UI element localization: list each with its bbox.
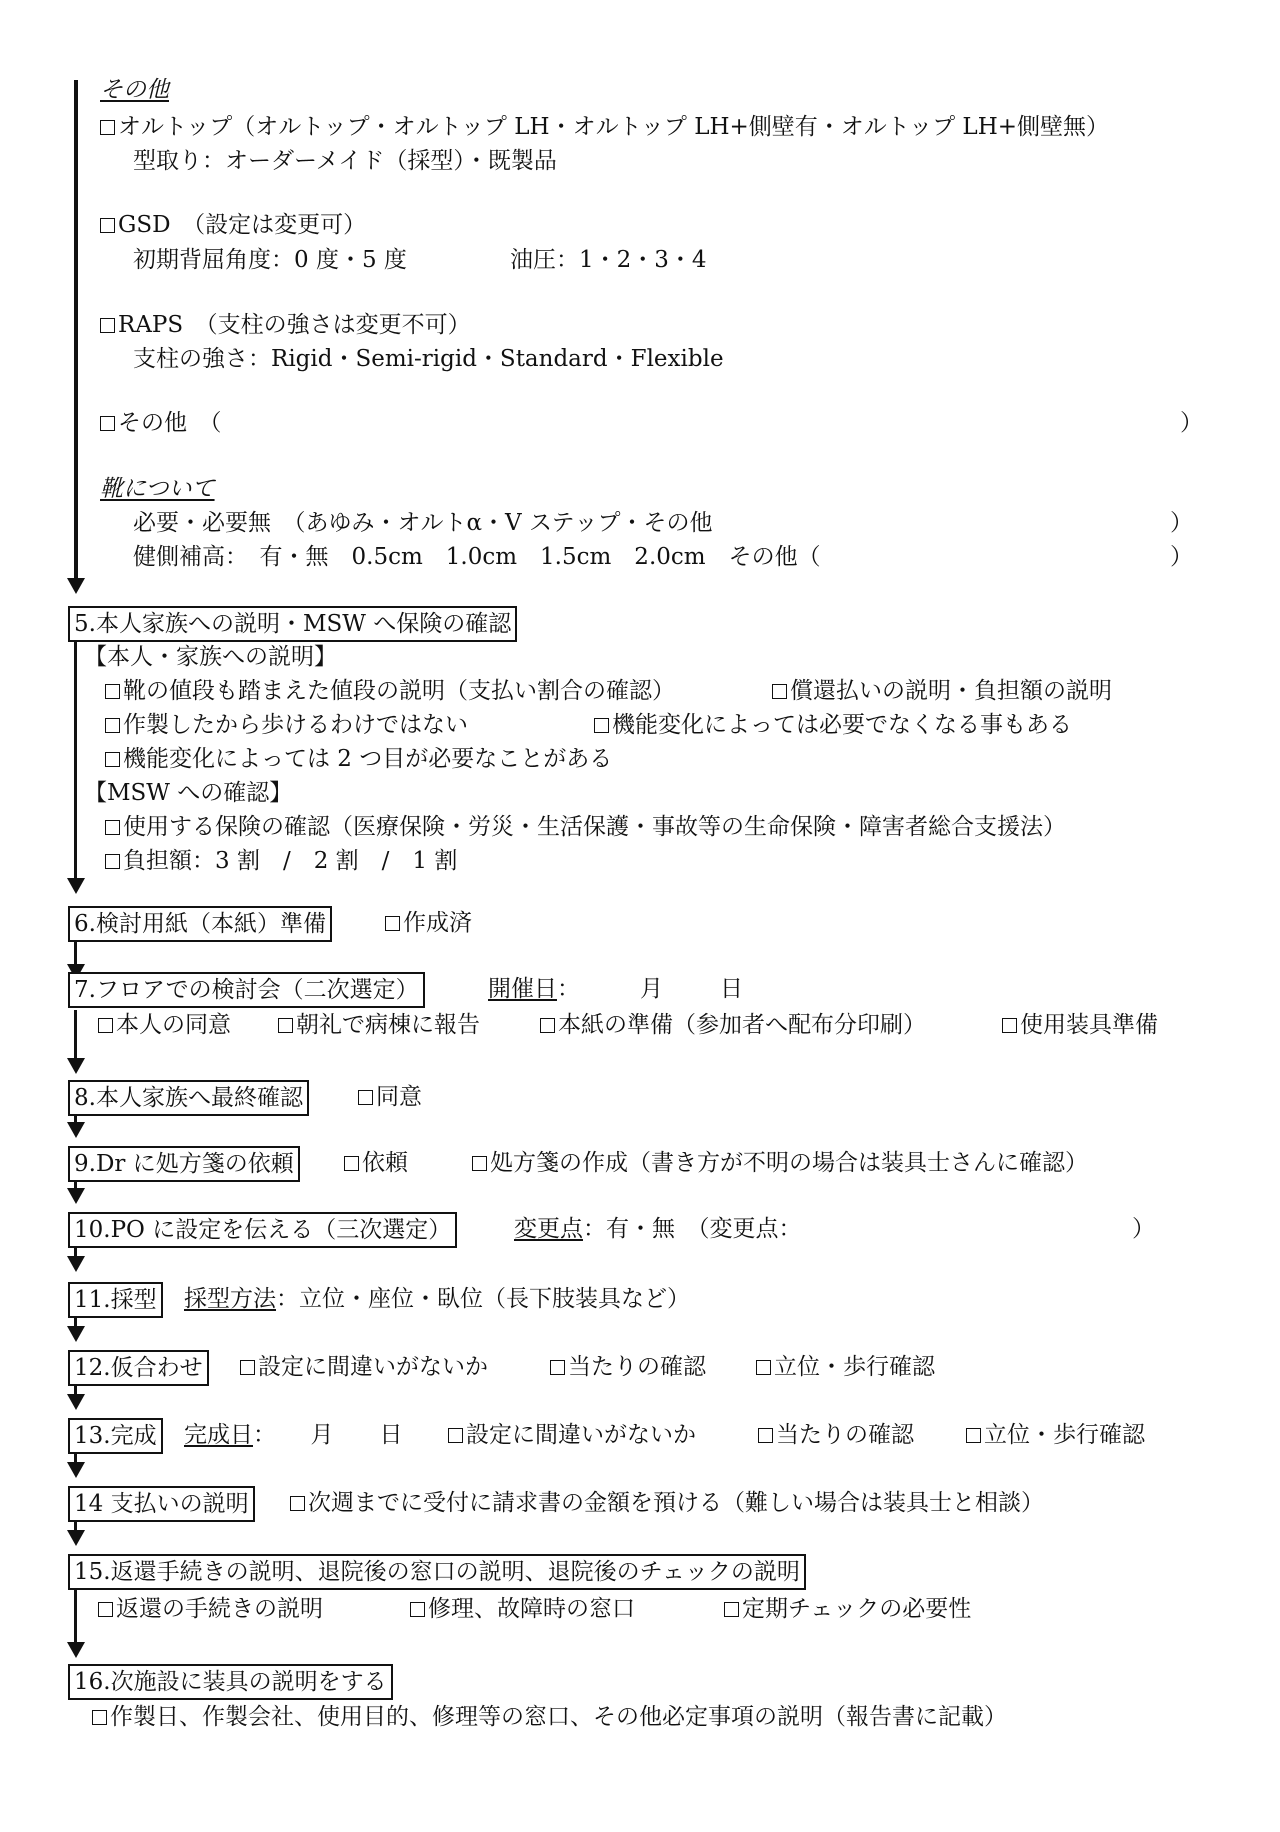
section-heading-shoes: 靴について: [100, 474, 215, 504]
checkbox[interactable]: [758, 1428, 773, 1443]
checkbox[interactable]: [98, 1602, 113, 1617]
date-label: 開催日: [488, 976, 557, 1002]
checkbox[interactable]: [105, 718, 120, 733]
step-11-method: 採型方法：立位・座位・臥位（長下肢装具など）: [184, 1284, 690, 1314]
checkbox[interactable]: [92, 1710, 107, 1725]
flow-arrow-down-icon: [67, 1188, 85, 1204]
checkbox[interactable]: [105, 752, 120, 767]
method-label: 採型方法: [184, 1286, 276, 1312]
change-label: 変更点: [514, 1216, 583, 1242]
flow-arrow-down-icon: [67, 578, 85, 594]
step-7-date: 開催日：: [488, 974, 580, 1004]
step-10-change: 変更点：有・無 （変更点：: [514, 1214, 802, 1244]
family-item[interactable]: 償還払いの説明・負担額の説明: [772, 676, 1112, 706]
raps-option[interactable]: RAPS （支柱の強さは変更不可）: [100, 310, 471, 340]
checkbox[interactable]: [98, 1018, 113, 1033]
checkbox[interactable]: [100, 120, 115, 135]
checkbox[interactable]: [966, 1428, 981, 1443]
step-13-title: 13.完成: [68, 1418, 163, 1454]
step-6-title: 6.検討用紙（本紙）準備: [68, 906, 332, 942]
shoes-need: 必要・必要無 （あゆみ・オルトα・V ステップ・その他: [133, 508, 713, 538]
flow-arrow-down-icon: [67, 878, 85, 894]
checkbox[interactable]: [100, 318, 115, 333]
checkbox[interactable]: [472, 1156, 487, 1171]
family-heading: 【本人・家族への説明】: [84, 642, 337, 672]
raps-label: RAPS （支柱の強さは変更不可）: [118, 312, 471, 338]
family-item[interactable]: 機能変化によっては必要でなくなる事もある: [594, 710, 1072, 740]
flow-line-step15: [74, 1582, 77, 1644]
flow-line-top: [74, 80, 78, 580]
step-6-item[interactable]: 作成済: [385, 908, 472, 938]
flow-arrow-down-icon: [67, 1462, 85, 1478]
step-10-title: 10.PO に設定を伝える（三次選定）: [68, 1212, 457, 1248]
checkbox[interactable]: [290, 1496, 305, 1511]
checkbox[interactable]: [100, 416, 115, 431]
step-7-item[interactable]: 使用装具準備: [1002, 1010, 1158, 1040]
gsd-angle: 初期背屈角度：0 度・5 度: [133, 245, 407, 275]
step-12-title: 12.仮合わせ: [68, 1350, 209, 1386]
step-11-title: 11.採型: [68, 1282, 163, 1318]
msw-item[interactable]: 使用する保険の確認（医療保険・労災・生活保護・事故等の生命保険・障害者総合支援法…: [105, 812, 1066, 842]
step-14-title: 14 支払いの説明: [68, 1486, 255, 1522]
checkbox[interactable]: [100, 218, 115, 233]
checkbox[interactable]: [105, 684, 120, 699]
checkbox[interactable]: [344, 1156, 359, 1171]
checkbox[interactable]: [448, 1428, 463, 1443]
step-13-item[interactable]: 設定に間違いがないか: [448, 1420, 696, 1450]
checkbox[interactable]: [1002, 1018, 1017, 1033]
other-option[interactable]: その他 （: [100, 408, 222, 438]
step-14-item[interactable]: 次週までに受付に請求書の金額を預ける（難しい場合は装具士と相談）: [290, 1488, 1044, 1518]
flow-arrow-down-icon: [67, 1394, 85, 1410]
checkbox[interactable]: [385, 916, 400, 931]
date-month: 月: [640, 974, 663, 1004]
family-item[interactable]: 機能変化によっては 2 つ目が必要なことがある: [105, 744, 612, 774]
step-7-item[interactable]: 本紙の準備（参加者へ配布分印刷）: [540, 1010, 926, 1040]
checkbox[interactable]: [410, 1602, 425, 1617]
flow-arrow-down-icon: [67, 1642, 85, 1658]
checkbox[interactable]: [594, 718, 609, 733]
step-15-item[interactable]: 修理、故障時の窓口: [410, 1594, 635, 1624]
shoes-lift: 健側補高： 有・無 0.5cm 1.0cm 1.5cm 2.0cm その他（: [133, 542, 821, 572]
checkbox[interactable]: [772, 684, 787, 699]
section-heading-other: その他: [100, 75, 169, 105]
step-7-title: 7.フロアでの検討会（二次選定）: [68, 972, 425, 1008]
step-12-item[interactable]: 設定に間違いがないか: [240, 1352, 488, 1382]
flow-arrow-down-icon: [67, 1326, 85, 1342]
orthotop-label: オルトップ（オルトップ・オルトップ LH・オルトップ LH+側壁有・オルトップ …: [118, 114, 1109, 140]
step-9-title: 9.Dr に処方箋の依頼: [68, 1146, 300, 1182]
family-item[interactable]: 作製したから歩けるわけではない: [105, 710, 468, 740]
checkbox[interactable]: [358, 1090, 373, 1105]
gsd-option[interactable]: GSD （設定は変更可）: [100, 210, 366, 240]
raps-sub: 支柱の強さ：Rigid・Semi-rigid・Standard・Flexible: [133, 344, 724, 374]
shoes-lift-close: ）: [1170, 542, 1193, 572]
checkbox[interactable]: [540, 1018, 555, 1033]
orthotop-option[interactable]: オルトップ（オルトップ・オルトップ LH・オルトップ LH+側壁有・オルトップ …: [100, 112, 1109, 142]
step-13-date: 完成日： 月 日: [184, 1420, 403, 1450]
flow-arrow-down-icon: [67, 1256, 85, 1272]
gsd-label: GSD （設定は変更可）: [118, 212, 366, 238]
step-16-item[interactable]: 作製日、作製会社、使用目的、修理等の窓口、その他必定事項の説明（報告書に記載）: [92, 1702, 1007, 1732]
checkbox[interactable]: [550, 1360, 565, 1375]
checkbox[interactable]: [724, 1602, 739, 1617]
step-12-item[interactable]: 当たりの確認: [550, 1352, 706, 1382]
other-label: その他 （: [118, 410, 222, 436]
flow-arrow-down-icon: [67, 1530, 85, 1546]
step-15-title: 15.返還手続きの説明、退院後の窓口の説明、退院後のチェックの説明: [68, 1554, 806, 1590]
date-label: 完成日: [184, 1422, 253, 1448]
msw-heading: 【MSW への確認】: [84, 778, 292, 808]
orthotop-sub: 型取り：オーダーメイド（採型）・既製品: [133, 146, 557, 176]
checkbox[interactable]: [105, 854, 120, 869]
shoes-need-close: ）: [1170, 508, 1193, 538]
step-12-item[interactable]: 立位・歩行確認: [756, 1352, 935, 1382]
checkbox[interactable]: [756, 1360, 771, 1375]
checkbox[interactable]: [278, 1018, 293, 1033]
step-15-item[interactable]: 返還の手続きの説明: [98, 1594, 323, 1624]
step-13-item[interactable]: 当たりの確認: [758, 1420, 914, 1450]
flow-arrow-down-icon: [67, 1058, 85, 1074]
step-5-title: 5.本人家族への説明・MSW へ保険の確認: [68, 606, 517, 642]
step-9-item[interactable]: 処方箋の作成（書き方が不明の場合は装具士さんに確認）: [472, 1148, 1088, 1178]
step-8-title: 8.本人家族へ最終確認: [68, 1080, 309, 1116]
family-item[interactable]: 靴の値段も踏まえた値段の説明（支払い割合の確認）: [105, 676, 675, 706]
date-day: 日: [720, 974, 743, 1004]
step-10-change-close: ）: [1132, 1214, 1155, 1244]
msw-item[interactable]: 負担額：3 割 / 2 割 / 1 割: [105, 846, 457, 876]
flow-arrow-down-icon: [67, 1122, 85, 1138]
step-13-item[interactable]: 立位・歩行確認: [966, 1420, 1145, 1450]
step-8-item[interactable]: 同意: [358, 1082, 422, 1112]
flow-line-step7: [74, 1010, 77, 1060]
gsd-hydraulic: 油圧：1・2・3・4: [510, 245, 707, 275]
step-9-item[interactable]: 依頼: [344, 1148, 408, 1178]
step-16-title: 16.次施設に装具の説明をする: [68, 1664, 393, 1700]
flow-line-step5: [74, 640, 77, 880]
checkbox[interactable]: [105, 820, 120, 835]
step-15-item[interactable]: 定期チェックの必要性: [724, 1594, 971, 1624]
other-close-paren: ）: [1180, 408, 1203, 438]
checkbox[interactable]: [240, 1360, 255, 1375]
step-7-item[interactable]: 本人の同意: [98, 1010, 231, 1040]
step-7-item[interactable]: 朝礼で病棟に報告: [278, 1010, 480, 1040]
